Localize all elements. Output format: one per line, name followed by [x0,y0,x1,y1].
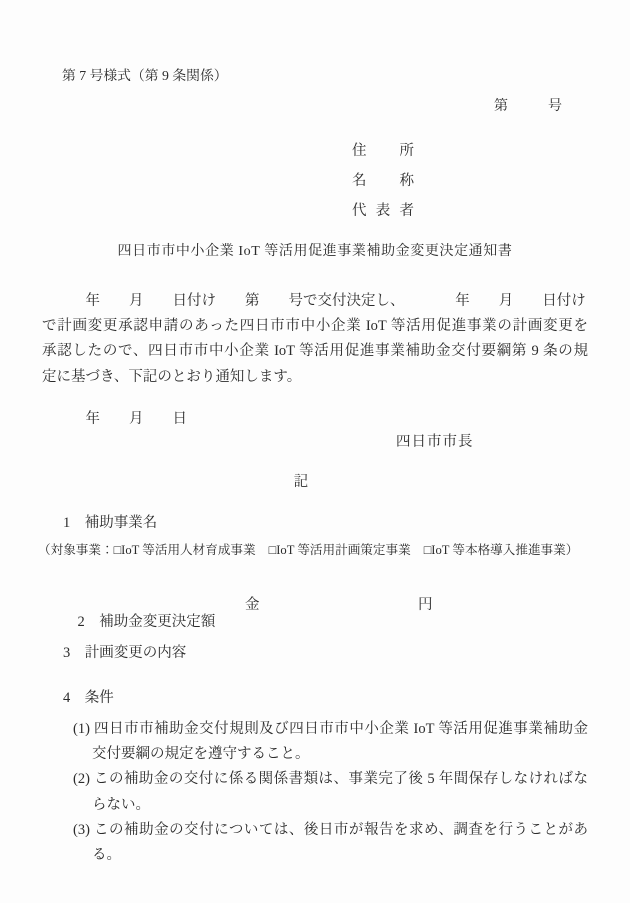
sender-mayor: 四日市市長 [396,430,474,451]
body-line-4: 定に基づき、下記のとおり通知します。 [42,365,588,390]
condition-3-line-1: (3) この補助金の交付については、後日市が報告を求め、調査を行うことがあ [92,818,588,843]
condition-2-line-1: (2) この補助金の交付に係る関係書類は、事業完了後 5 年間保存しなければな [92,767,588,792]
document-number-blank: 第 号 [494,95,566,115]
target-business-line: （対象事業：□IoT 等活用人材育成事業□IoT 等活用計画策定事業□IoT 等… [38,539,578,558]
conditions-list: (1) 四日市市補助金交付規則及び四日市市中小企業 IoT 等活用促進事業補助金… [42,717,588,868]
target-business-prefix: （対象事業： [38,543,114,557]
form-number: 第 7 号様式（第 9 条関係） [62,64,228,84]
condition-3-line-2: る。 [92,843,588,868]
item-4-conditions: 4 条件 [63,686,114,707]
body-line-1: 年 月 日付け 第 号で交付決定し、 年 月 日付け [42,289,588,314]
addressee-name-label: 名 称 [352,166,414,196]
document-title: 四日市市中小企業 IoT 等活用促進事業補助金変更決定通知書 [0,240,630,260]
addressee-address-label: 住 所 [352,136,414,166]
condition-3: (3) この補助金の交付については、後日市が報告を求め、調査を行うことがあ る。 [73,818,588,868]
amount-suffix-yen: 円 [418,593,433,614]
amount-prefix-kin: 金 [245,593,260,614]
document-page: 第 7 号様式（第 9 条関係） 第 号 住 所 名 称 代表者 四日市市中小企… [0,0,630,903]
body-line-2: で計画変更承認申請のあった四日市市中小企業 IoT 等活用促進事業の計画変更を [42,314,588,339]
item-1-business-name: 1 補助事業名 [63,511,157,532]
condition-1-line-2: 交付要綱の規定を遵守すること。 [92,742,588,767]
body-line-3: 承認したので、四日市市中小企業 IoT 等活用促進事業補助金交付要綱第 9 条の… [42,339,588,364]
condition-2: (2) この補助金の交付に係る関係書類は、事業完了後 5 年間保存しなければな … [73,767,588,817]
item-2-label: 2 補助金変更決定額 [78,614,216,630]
target-option-3: □IoT 等本格導入推進事業 [424,543,566,557]
condition-1-line-1: (1) 四日市市補助金交付規則及び四日市市中小企業 IoT 等活用促進事業補助金 [92,717,588,742]
target-business-suffix: ） [566,543,579,557]
item-3-change-content: 3 計画変更の内容 [63,641,186,662]
target-option-2-label: IoT 等活用計画策定事業 [276,543,410,557]
condition-2-line-2: らない。 [92,793,588,818]
item-2-amount: 2 補助金変更決定額 金 円 [63,593,588,682]
target-option-3-label: IoT 等本格導入推進事業 [431,543,565,557]
target-option-1-label: IoT 等活用人材育成事業 [121,543,255,557]
record-marker: 記 [0,470,602,491]
target-option-2: □IoT 等活用計画策定事業 [269,543,411,557]
condition-1: (1) 四日市市補助金交付規則及び四日市市中小企業 IoT 等活用促進事業補助金… [73,717,588,767]
addressee-block: 住 所 名 称 代表者 [352,136,414,226]
date-blank-line: 年 月 日 [42,407,187,428]
target-option-1: □IoT 等活用人材育成事業 [114,543,256,557]
body-paragraph: 年 月 日付け 第 号で交付決定し、 年 月 日付け で計画変更承認申請のあった… [42,289,588,390]
addressee-representative-label: 代表者 [352,196,414,226]
